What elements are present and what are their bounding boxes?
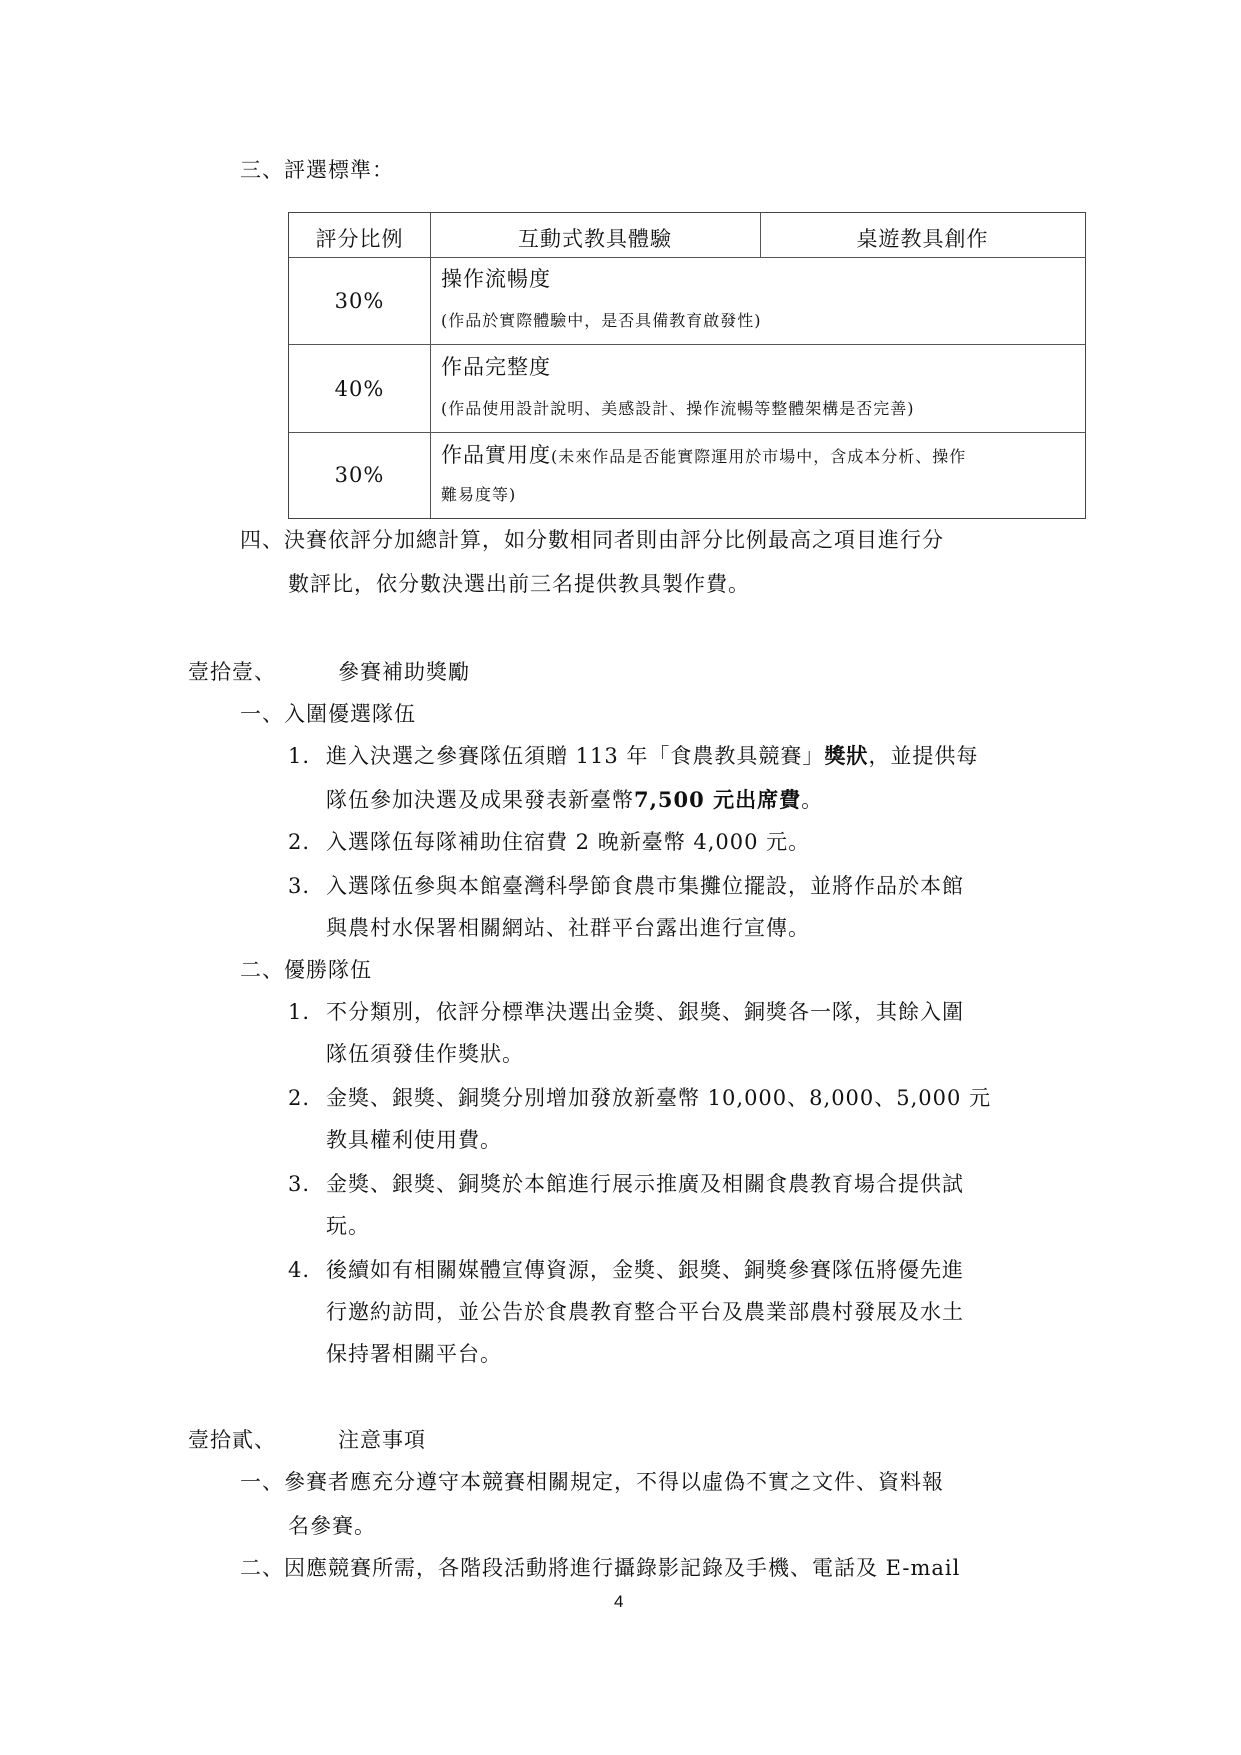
notice-item-line: 一、參賽者應充分遵守本競賽相關規定，不得以虛偽不實之文件、資料報 xyxy=(240,1470,944,1494)
chapter11-title: 參賽補助獎勵 xyxy=(338,660,470,684)
list-item-line: 金獎、銀獎、銅獎於本館進行展示推廣及相關食農教育場合提供試 xyxy=(326,1172,964,1196)
list-item-line: 隊伍須發佳作獎狀。 xyxy=(326,1042,524,1066)
notice-item-line: 名參賽。 xyxy=(288,1514,376,1538)
list-item-line: 與農村水保署相關網站、社群平台露出進行宣傳。 xyxy=(326,916,810,940)
list-item-number: 2. xyxy=(288,1086,310,1110)
chapter11-number: 壹拾壹、 xyxy=(188,660,276,684)
table-cell-criterion-note-cont: 難易度等) xyxy=(441,485,516,505)
table-cell-criterion-note: (未來作品是否能實際運用於市場中，含成本分析、操作 xyxy=(551,447,966,466)
list-item-line: 入選隊伍每隊補助住宿費 2 晚新臺幣 4,000 元。 xyxy=(326,830,810,854)
table-cell-criterion-note: (作品使用設計說明、美感設計、操作流暢等整體架構是否完善) xyxy=(441,399,915,419)
list-item-number: 3. xyxy=(288,1172,310,1196)
table-divider xyxy=(430,213,431,518)
list-item-line: 金獎、銀獎、銅獎分別增加發放新臺幣 10,000、8,000、5,000 元 xyxy=(326,1086,991,1110)
table-cell-weight: 40% xyxy=(289,377,430,401)
table-divider xyxy=(289,432,1085,433)
list-item-line: 入選隊伍參與本館臺灣科學節食農市集攤位擺設，並將作品於本館 xyxy=(326,874,964,898)
table-cell-weight: 30% xyxy=(289,463,430,487)
table-header-weight: 評分比例 xyxy=(289,223,430,253)
table-divider xyxy=(289,257,1085,258)
criteria-table: 評分比例 互動式教具體驗 桌遊教具創作 30% 操作流暢度 (作品於實際體驗中，… xyxy=(288,212,1086,519)
list-item-number: 2. xyxy=(288,830,310,854)
notice-item-line: 二、因應競賽所需，各階段活動將進行攝錄影記錄及手機、電話及 E-mail xyxy=(240,1556,960,1580)
chapter12-number: 壹拾貳、 xyxy=(188,1428,276,1452)
list-item-line: 後續如有相關媒體宣傳資源，金獎、銀獎、銅獎參賽隊伍將優先進 xyxy=(326,1258,964,1282)
section4-line1: 四、決賽依評分加總計算，如分數相同者則由評分比例最高之項目進行分 xyxy=(240,528,944,552)
list-item-number: 4. xyxy=(288,1258,310,1282)
list-item-number: 1. xyxy=(288,744,310,768)
list-item-line: 隊伍參加決選及成果發表新臺幣7,500 元出席費。 xyxy=(326,788,823,812)
list-item-line: 不分類別，依評分標準決選出金獎、銀獎、銅獎各一隊，其餘入圍 xyxy=(326,1000,964,1024)
list-item-line: 玩。 xyxy=(326,1214,370,1238)
list-item-line: 進入決選之參賽隊伍須贈 113 年「食農教具競賽」獎狀，並提供每 xyxy=(326,744,978,768)
section-heading-criteria: 三、評選標準： xyxy=(240,158,394,182)
table-cell-criterion-note: (作品於實際體驗中，是否具備教育啟發性) xyxy=(441,311,762,331)
chapter12-title: 注意事項 xyxy=(338,1428,426,1452)
list-item-number: 1. xyxy=(288,1000,310,1024)
table-header-interactive: 互動式教具體驗 xyxy=(430,223,760,253)
list-item-line: 教具權利使用費。 xyxy=(326,1128,502,1152)
list-item-line: 行邀約訪問，並公告於食農教育整合平台及農業部農村發展及水土 xyxy=(326,1300,964,1324)
list-item-line: 保持署相關平台。 xyxy=(326,1342,502,1366)
page-number: 4 xyxy=(614,1592,623,1612)
sub-heading-shortlisted: 一、入圍優選隊伍 xyxy=(240,702,416,726)
table-cell-criterion-title: 操作流暢度 xyxy=(441,267,551,291)
table-cell-criterion-title: 作品完整度 xyxy=(441,355,551,379)
table-header-boardgame: 桌遊教具創作 xyxy=(760,223,1085,253)
sub-heading-winners: 二、優勝隊伍 xyxy=(240,958,372,982)
table-cell-weight: 30% xyxy=(289,289,430,313)
table-cell-criterion-title: 作品實用度 xyxy=(441,443,551,467)
table-cell-criterion: 作品實用度(未來作品是否能實際運用於市場中，含成本分析、操作 xyxy=(441,443,966,467)
section4-line2: 數評比，依分數決選出前三名提供教具製作費。 xyxy=(288,572,750,596)
list-item-number: 3. xyxy=(288,874,310,898)
table-divider xyxy=(289,344,1085,345)
